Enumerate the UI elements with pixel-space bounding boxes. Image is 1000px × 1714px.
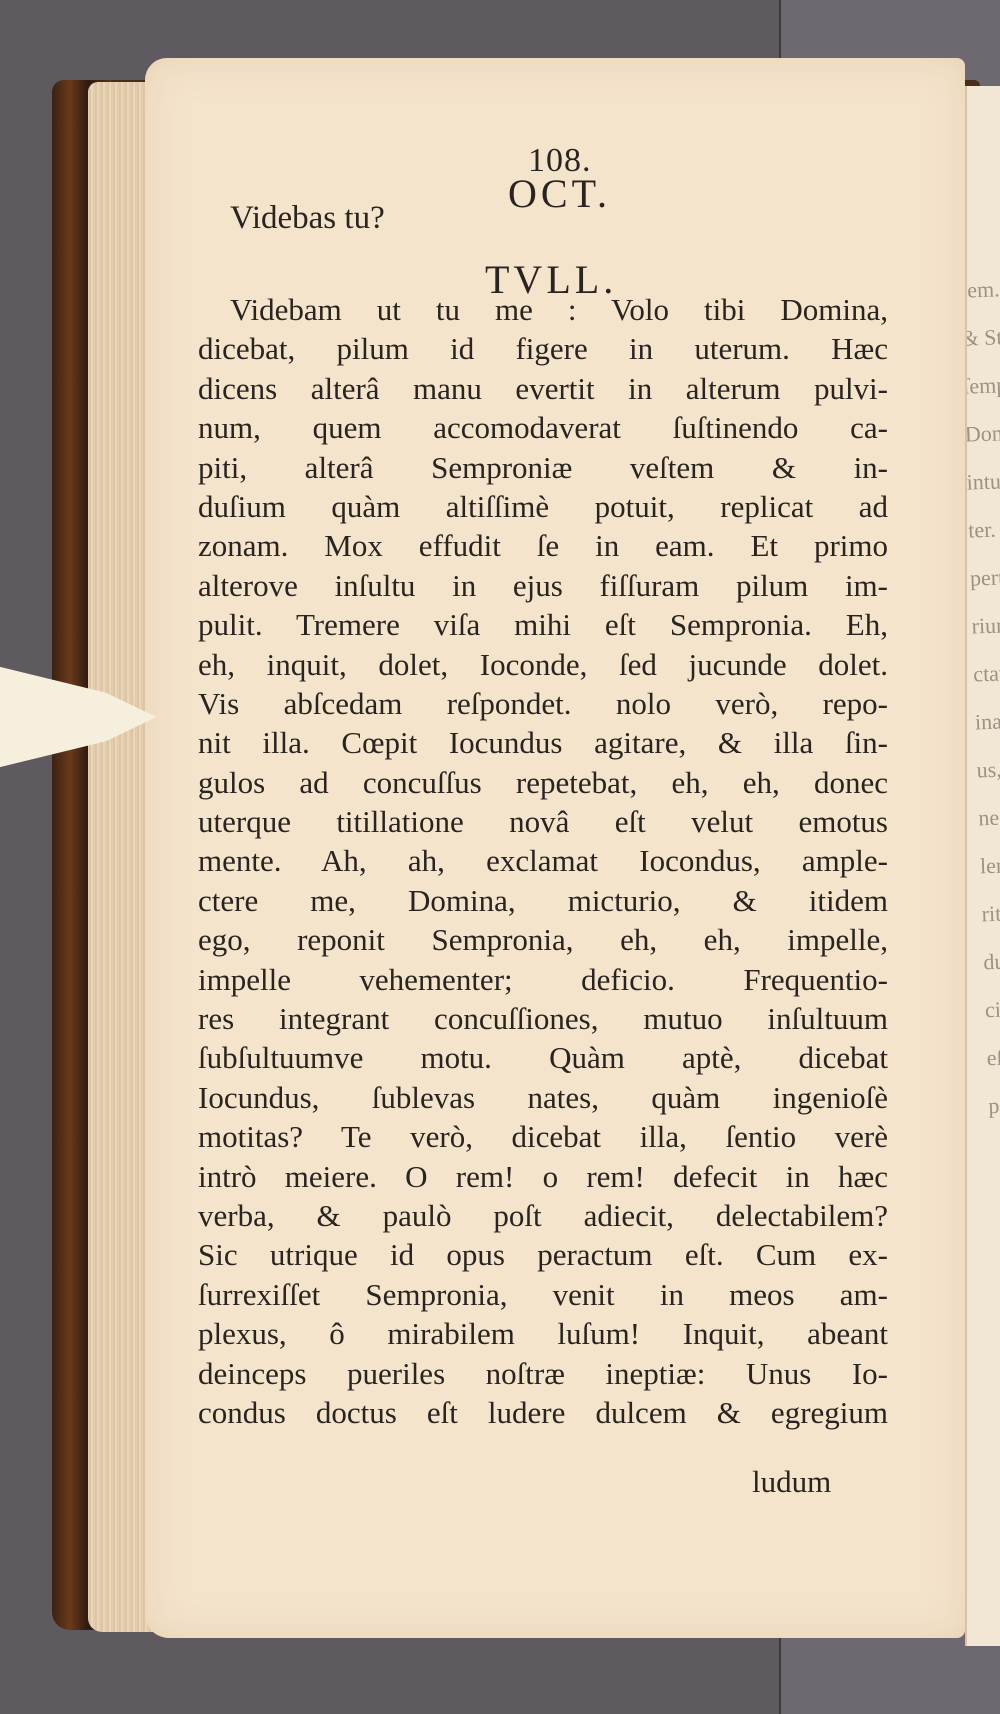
text-line: uterque titillatione novâ eſt velut emot…	[198, 802, 888, 841]
text-line: dicebat, pilum id figere in uterum. Hæc	[198, 329, 888, 368]
text-line: Sic utrique id opus peractum eſt. Cum ex…	[198, 1235, 888, 1274]
opening-line: Videbas tu?	[230, 200, 385, 237]
text-line: zonam. Mox effudit ſe in eam. Et primo	[198, 526, 888, 565]
text-line: motitas? Te verò, dicebat illa, ſentio v…	[198, 1117, 888, 1156]
text-line: nit illa. Cœpit Iocundus agitare, & illa…	[198, 723, 888, 762]
facing-page-edge: rem. Mihi & Ste ſemper Domina intur ho t…	[965, 86, 1000, 1646]
text-line: plexus, ô mirabilem luſum! Inquit, abean…	[198, 1314, 888, 1353]
text-line: eh, inquit, dolet, Ioconde, ſed jucunde …	[198, 645, 888, 684]
text-line: Iocundus, ſublevas nates, quàm ingenioſè	[198, 1078, 888, 1117]
text-line: mente. Ah, ah, exclamat Iocondus, ample-	[198, 841, 888, 880]
text-line: ſubſultuumve motu. Quàm aptè, dicebat	[198, 1038, 888, 1077]
text-line: ego, reponit Sempronia, eh, eh, impelle,	[198, 920, 888, 959]
text-line: gulos ad concuſſus repetebat, eh, eh, do…	[198, 763, 888, 802]
text-line: ſurrexiſſet Sempronia, venit in meos am-	[198, 1275, 888, 1314]
text-line: dicens alterâ manu evertit in alterum pu…	[198, 369, 888, 408]
text-line: condus doctus eſt ludere dulcem & egregi…	[198, 1393, 888, 1432]
text-line: deinceps pueriles noſtræ ineptiæ: Unus I…	[198, 1354, 888, 1393]
text-line: ctere me, Domina, micturio, & itidem	[198, 881, 888, 920]
text-line: num, quem accomodaverat ſuſtinendo ca-	[198, 408, 888, 447]
facing-page-text: rem. Mihi & Ste ſemper Domina intur ho t…	[965, 86, 1000, 1130]
catchword: ludum	[752, 1464, 831, 1500]
text-line: Videbam ut tu me : Volo tibi Domina,	[198, 290, 888, 329]
text-line: Vis abſcedam reſpondet. nolo verò, repo-	[198, 684, 888, 723]
text-line: res integrant concuſſiones, mutuo inſult…	[198, 999, 888, 1038]
page-body-text: Videbam ut tu me : Volo tibi Domina, dic…	[198, 290, 888, 1432]
text-line: verba, & paulò poſt adiecit, delectabile…	[198, 1196, 888, 1235]
text-line: alterove inſultu in ejus fiſſuram pilum …	[198, 566, 888, 605]
text-line: pulit. Tremere viſa mihi eſt Sempronia. …	[198, 605, 888, 644]
text-line: duſium quàm altiſſimè potuit, replicat a…	[198, 487, 888, 526]
text-line: piti, alterâ Semproniæ veſtem & in-	[198, 448, 888, 487]
speaker-heading-oct: OCT.	[508, 170, 611, 217]
text-line: intrò meiere. O rem! o rem! defecit in h…	[198, 1157, 888, 1196]
text-line: impelle vehementer; deficio. Frequentio-	[198, 960, 888, 999]
